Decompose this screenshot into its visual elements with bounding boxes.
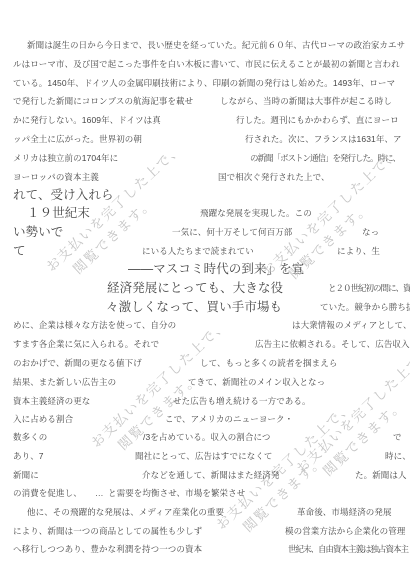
text-segment: しながら、当時の新聞は大事件が起こる時し	[220, 96, 392, 107]
text-segment: こで、アメリカのニューヨーク・	[165, 414, 293, 425]
text-segment: てきて、新聞社のメイン収入となっ	[188, 377, 325, 388]
text-line: １９世紀末飛躍な発展を実現した。この	[0, 208, 410, 223]
text-line: 新聞に介などを通して、新聞はまた経済発た。新聞は人	[0, 470, 410, 485]
text-line: れて、受け入れら	[0, 190, 410, 205]
text-segment: 新聞は誕生の日から今日まで、長い歴史を経っていた。紀元前６０年、古代ローマの政治…	[27, 40, 405, 51]
text-segment: 行した。週刊にもかかわらず、直にヨーロ	[236, 115, 399, 126]
text-line: ている。1450年、ドイツ人の金属印刷技術により、印刷の新聞の発行はし始めた。1…	[0, 78, 410, 93]
text-line: のおかげで、新聞の更なる値下げして、もっと多くの読者を掴まえら	[0, 358, 410, 373]
text-segment: 資本主義経済の更な	[13, 396, 90, 407]
text-segment: て	[13, 244, 26, 259]
text-segment: ヨーロッパの資本主義	[13, 172, 99, 183]
text-segment: 新聞に	[13, 470, 39, 481]
text-segment: 聞社にとって、広告はすでになくて	[135, 451, 273, 462]
text-segment: ていた。競争から勝ち抜くた	[320, 302, 410, 313]
text-line: メリカは独立前の1704年にの新聞「ボストン通信」を発行した。時に、	[0, 153, 410, 168]
text-line: めに、企業は様々な方法を使って、自分のは大衆情報のメディアとして、ま	[0, 320, 410, 335]
text-segment: 結果、また新しい広告主の	[13, 377, 116, 388]
text-line: へ移行しつつあり、豊かな利潤を持つ一つの資本世紀末、自由資本主義は独占資本主	[0, 544, 410, 559]
text-segment: 広告主に依頼される。そして、広告収入	[255, 339, 410, 350]
text-segment: の消費を促進し、	[13, 488, 82, 499]
text-line: 入に占める割合こで、アメリカのニューヨーク・	[0, 414, 410, 429]
text-segment: 一気に、何十万そして何百万部	[172, 227, 292, 238]
text-line: の消費を促進し、…と需要を均衡させ、市場を繁栄させ	[0, 488, 410, 503]
text-line: 新聞は誕生の日から今日まで、長い歴史を経っていた。紀元前６０年、古代ローマの政治…	[0, 40, 410, 55]
text-segment: 模の営業方法から企業化の管理	[285, 526, 405, 537]
text-line: い勢いで一気に、何十万そして何百万部なっ	[0, 227, 410, 242]
text-line: 経済発展にとっても、大きな役と２０世紀初の間に、資	[0, 283, 410, 298]
text-segment: 入に占める割合	[13, 414, 73, 425]
text-segment: ッパ全土に広がった。世界初の朝	[13, 134, 142, 145]
text-segment: にいる人たちまで読まれてい	[142, 246, 254, 257]
text-line: ――マスコミ時代の到来」を宣	[0, 264, 410, 279]
text-segment: なっ	[362, 227, 379, 238]
text-line: 資本主義経済の更なせた広告も増え続ける一方である。	[0, 396, 410, 411]
text-segment: すます各企業に気に入られる。それで	[13, 339, 159, 350]
text-segment: かに発行しない。1609年、ドイツは真	[13, 115, 161, 126]
text-segment: １９世紀末	[27, 206, 90, 221]
text-segment: れて、受け入れら	[13, 188, 114, 203]
text-line: 々激しくなって、買い手市場もていた。競争から勝ち抜くた	[0, 302, 410, 317]
text-line: すます各企業に気に入られる。それで広告主に依頼される。そして、広告収入	[0, 339, 410, 354]
text-segment: 他に、その飛躍的な発展は、メディア産業化の重要	[27, 507, 224, 518]
text-segment: のおかげで、新聞の更なる値下げ	[13, 358, 142, 369]
text-segment: 飛躍な発展を実現した。この	[200, 208, 312, 219]
text-segment: 時に、	[385, 451, 410, 462]
text-segment: 国で相次ぐ発行された上で、	[218, 172, 330, 183]
text-segment: …	[95, 488, 104, 499]
text-segment: /3を占めている。収入の割合につ	[143, 432, 271, 443]
text-segment: 行された。次に、フランスは1631年、ア	[245, 134, 402, 145]
text-segment: 革命後、市場経済の発展	[297, 507, 392, 518]
text-line: により、新聞は一つの商品としての属性も少しず模の営業方法から企業化の管理	[0, 526, 410, 541]
text-line: てにいる人たちまで読まれていにより、生	[0, 246, 410, 261]
text-segment: ルはローマ市、及び国で起こった事件を白い木板に書いて、市民に伝えることが最初の新…	[13, 59, 400, 70]
text-line: で発行した新聞にコロンブスの航海記事を載せしながら、当時の新聞は大事件が起こる時…	[0, 96, 410, 111]
text-segment: い勢いで	[13, 225, 63, 240]
document-page: お支払いを完了した上で、閲覧できます。お支払いを完了した上で、閲覧できます。お支…	[0, 0, 410, 580]
text-segment: は大衆情報のメディアとして、ま	[292, 320, 410, 331]
text-segment: で発行した新聞にコロンブスの航海記事を載せ	[13, 96, 193, 107]
text-segment: ――マスコミ時代の到来」を宣	[128, 262, 304, 277]
text-line: ヨーロッパの資本主義国で相次ぐ発行された上で、	[0, 172, 410, 187]
text-segment: により、新聞は一つの商品としての属性も少しず	[13, 526, 202, 537]
text-line: 結果、また新しい広告主のてきて、新聞社のメイン収入となっ	[0, 377, 410, 392]
text-segment: あり、7	[13, 451, 44, 462]
text-line: あり、7聞社にとって、広告はすでになくて時に、	[0, 451, 410, 466]
text-segment: 数多くの	[13, 432, 47, 443]
text-line: 他に、その飛躍的な発展は、メディア産業化の重要革命後、市場経済の発展	[0, 507, 410, 522]
text-segment: へ移行しつつあり、豊かな利潤を持つ一つの資本	[13, 544, 202, 555]
text-line: ルはローマ市、及び国で起こった事件を白い木板に書いて、市民に伝えることが最初の新…	[0, 59, 410, 74]
text-segment: めに、企業は様々な方法を使って、自分の	[13, 320, 176, 331]
text-segment: と２０世紀初の間に、資	[328, 283, 410, 294]
text-segment: の新聞「ボストン通信」を発行した。時に、	[250, 153, 400, 164]
text-line: ッパ全土に広がった。世界初の朝行された。次に、フランスは1631年、ア	[0, 134, 410, 149]
text-segment: ている。1450年、ドイツ人の金属印刷技術により、印刷の新聞の発行はし始めた。1…	[13, 78, 395, 89]
text-line: かに発行しない。1609年、ドイツは真行した。週刊にもかかわらず、直にヨーロ	[0, 115, 410, 130]
text-segment: 々激しくなって、買い手市場も	[106, 300, 282, 315]
text-segment: 経済発展にとっても、大きな役	[107, 281, 283, 296]
text-segment: た。新聞は人	[355, 470, 407, 481]
text-layer: 新聞は誕生の日から今日まで、長い歴史を経っていた。紀元前６０年、古代ローマの政治…	[0, 0, 410, 580]
text-segment: により、生	[337, 246, 380, 257]
text-segment: メリカは独立前の1704年に	[13, 153, 118, 164]
text-segment: して、もっと多くの読者を掴まえら	[200, 358, 337, 369]
text-segment: せた広告も増え続ける一方である。	[173, 396, 311, 407]
text-segment: と需要を均衡させ、市場を繁栄させ	[108, 488, 245, 499]
text-segment: で	[393, 432, 402, 443]
text-segment: 世紀末、自由資本主義は独占資本主	[288, 544, 408, 555]
text-segment: 介などを通して、新聞はまた経済発	[142, 470, 279, 481]
text-line: 数多くの/3を占めている。収入の割合につで	[0, 432, 410, 447]
